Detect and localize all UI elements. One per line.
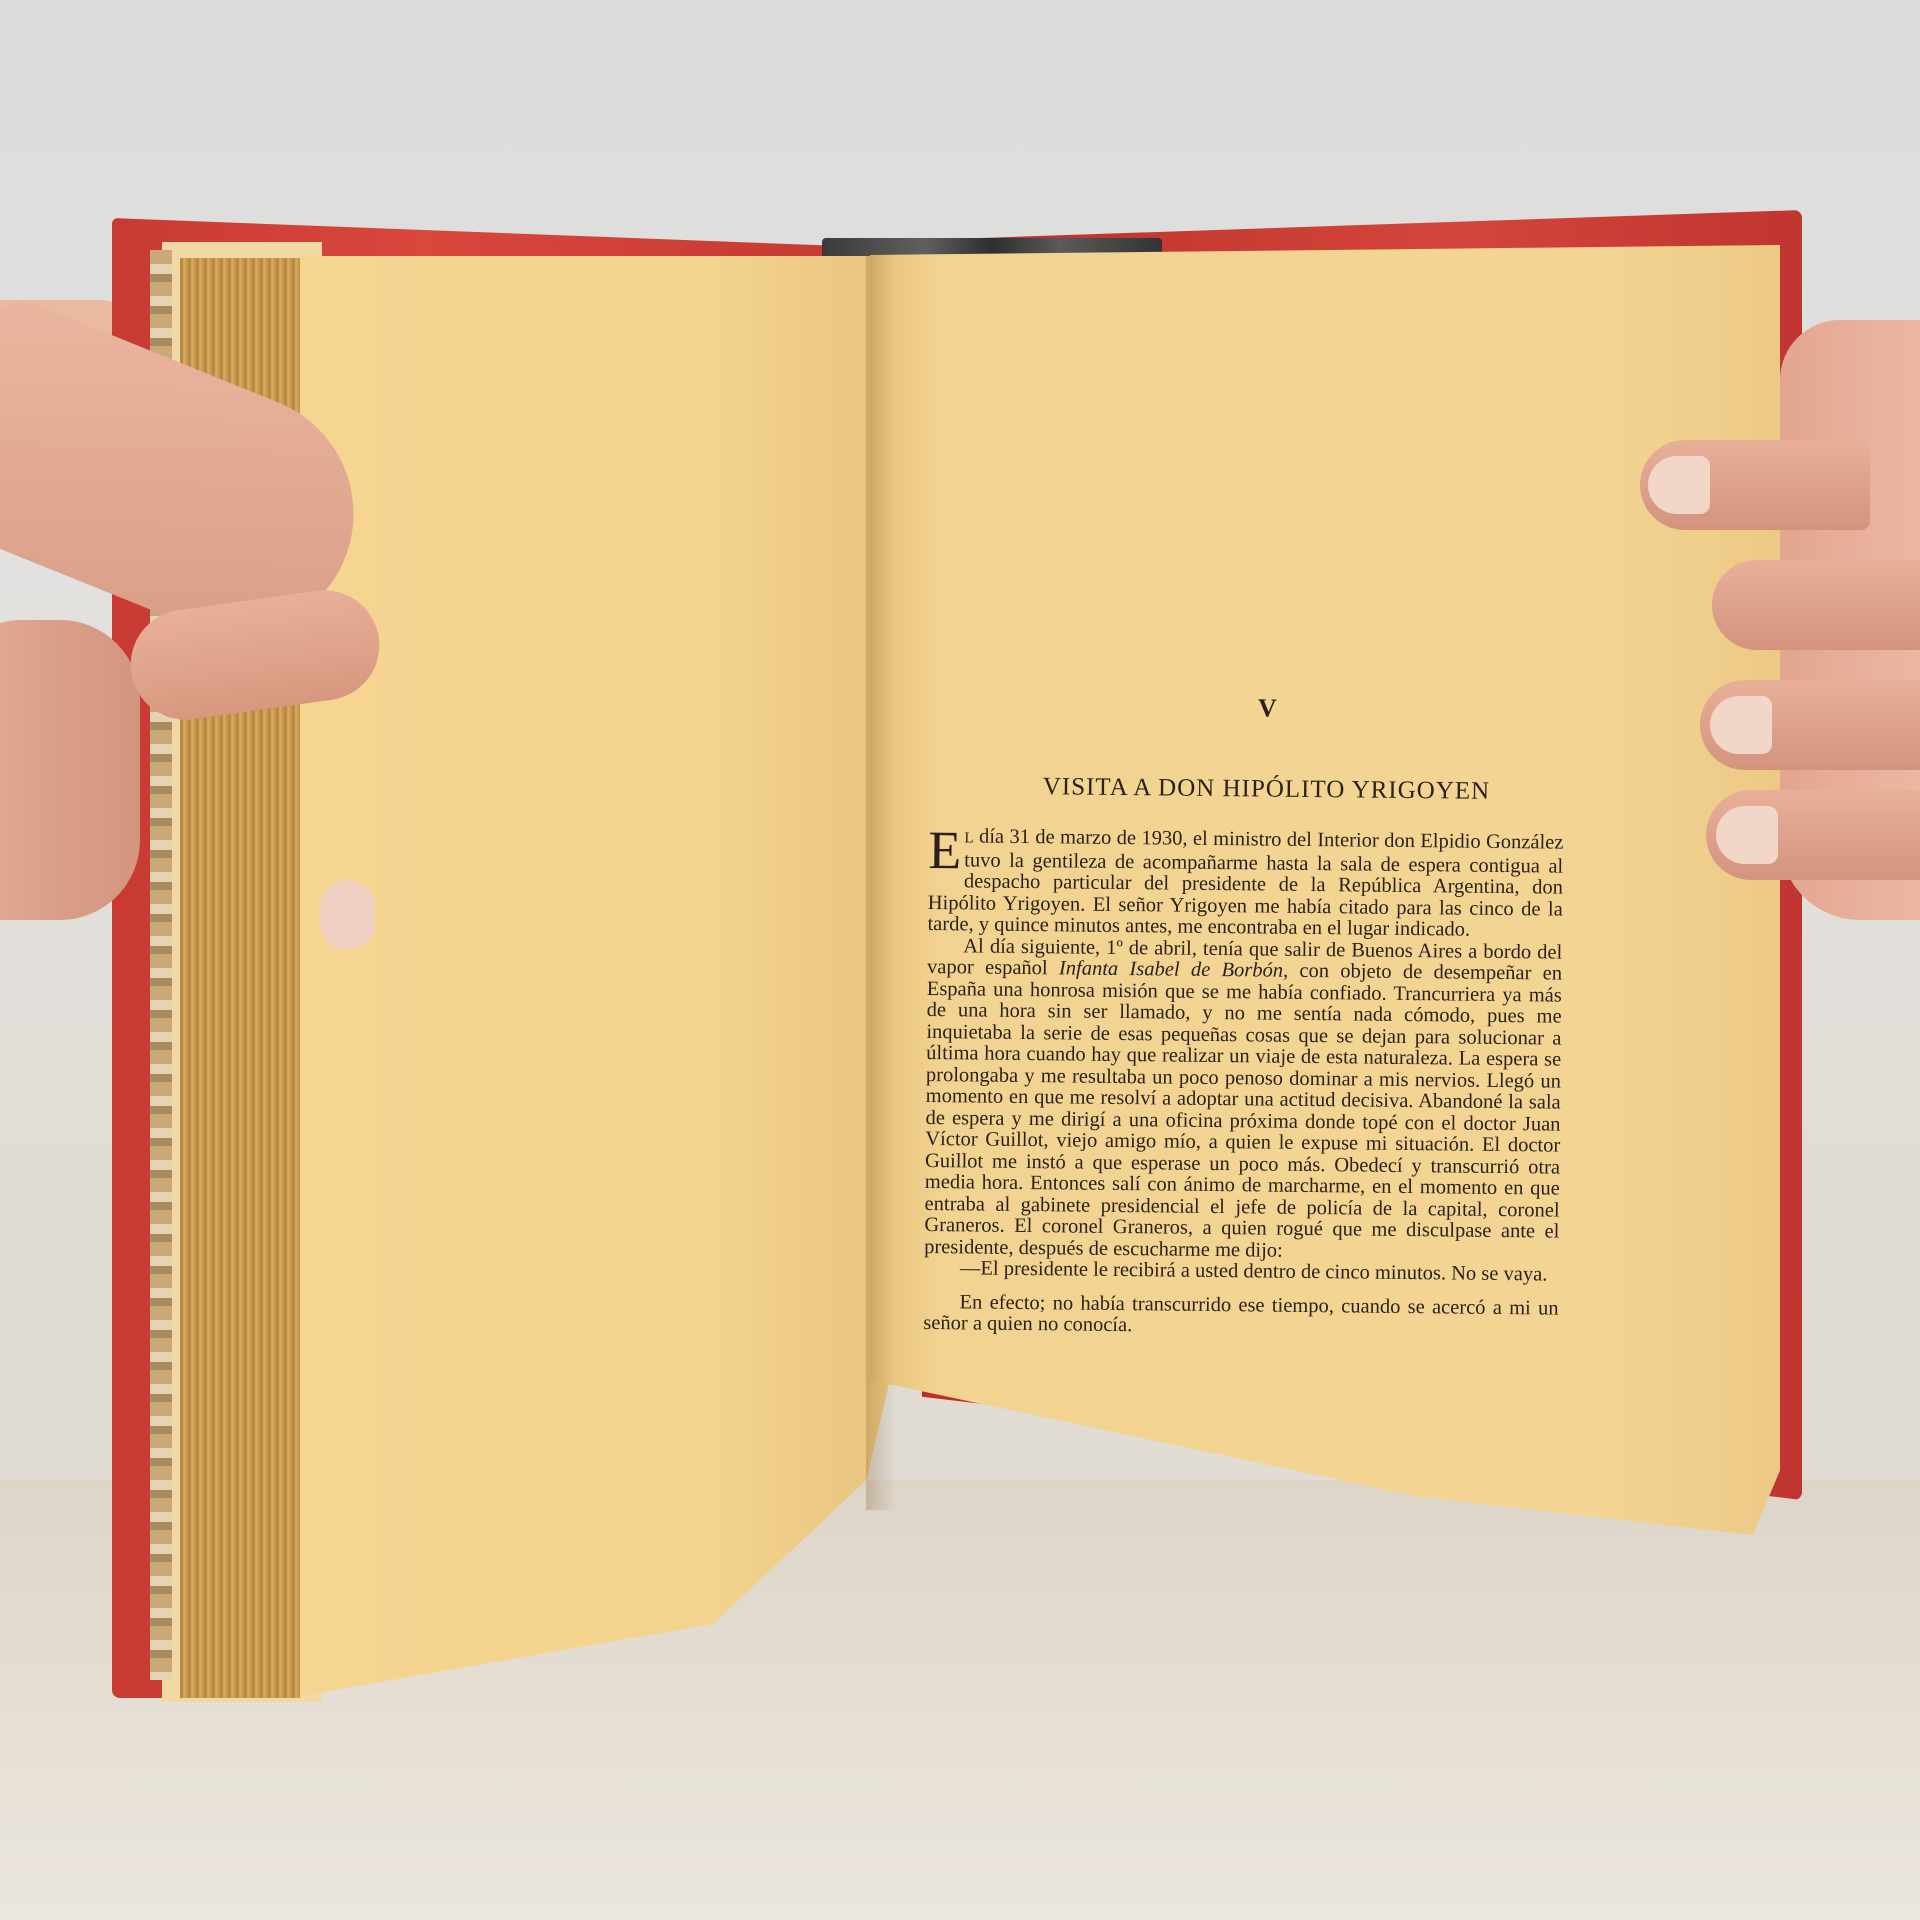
left-thumbnail bbox=[320, 880, 375, 950]
small-cap: L bbox=[964, 830, 973, 846]
right-hand-finger-2 bbox=[1712, 560, 1920, 650]
gutter-shadow bbox=[866, 250, 896, 1510]
left-page[interactable] bbox=[300, 256, 890, 1696]
left-hand-index bbox=[0, 620, 140, 920]
chapter-title: VISITA A DON HIPÓLITO YRIGOYEN bbox=[969, 772, 1564, 806]
drop-cap: E bbox=[928, 828, 961, 872]
right-fingernail-4 bbox=[1716, 806, 1778, 864]
paragraph: En efecto; no había transcurrido ese tie… bbox=[923, 1291, 1558, 1341]
ship-name: Infanta Isabel de Borbón bbox=[1059, 957, 1283, 981]
paragraph: Al día siguiente, 1º de abril, tenía que… bbox=[924, 935, 1562, 1264]
right-fingernail-1 bbox=[1648, 456, 1710, 514]
paragraph-text: día 31 de marzo de 1930, el ministro del… bbox=[927, 826, 1563, 941]
chapter-body: EL día 31 de marzo de 1930, el ministro … bbox=[923, 826, 1563, 1341]
paragraph-text: , con objeto de desempeñar en España una… bbox=[924, 960, 1562, 1262]
chapter-number: V bbox=[970, 690, 1565, 726]
right-fingernail-3 bbox=[1710, 696, 1772, 754]
paragraph: EL día 31 de marzo de 1930, el ministro … bbox=[927, 826, 1563, 942]
paragraph: —El presidente le recibirá a usted dentr… bbox=[924, 1258, 1559, 1286]
right-page-text: V VISITA A DON HIPÓLITO YRIGOYEN EL día … bbox=[923, 690, 1565, 1341]
paragraph-text: En efecto; no había transcurrido ese tie… bbox=[923, 1291, 1558, 1336]
